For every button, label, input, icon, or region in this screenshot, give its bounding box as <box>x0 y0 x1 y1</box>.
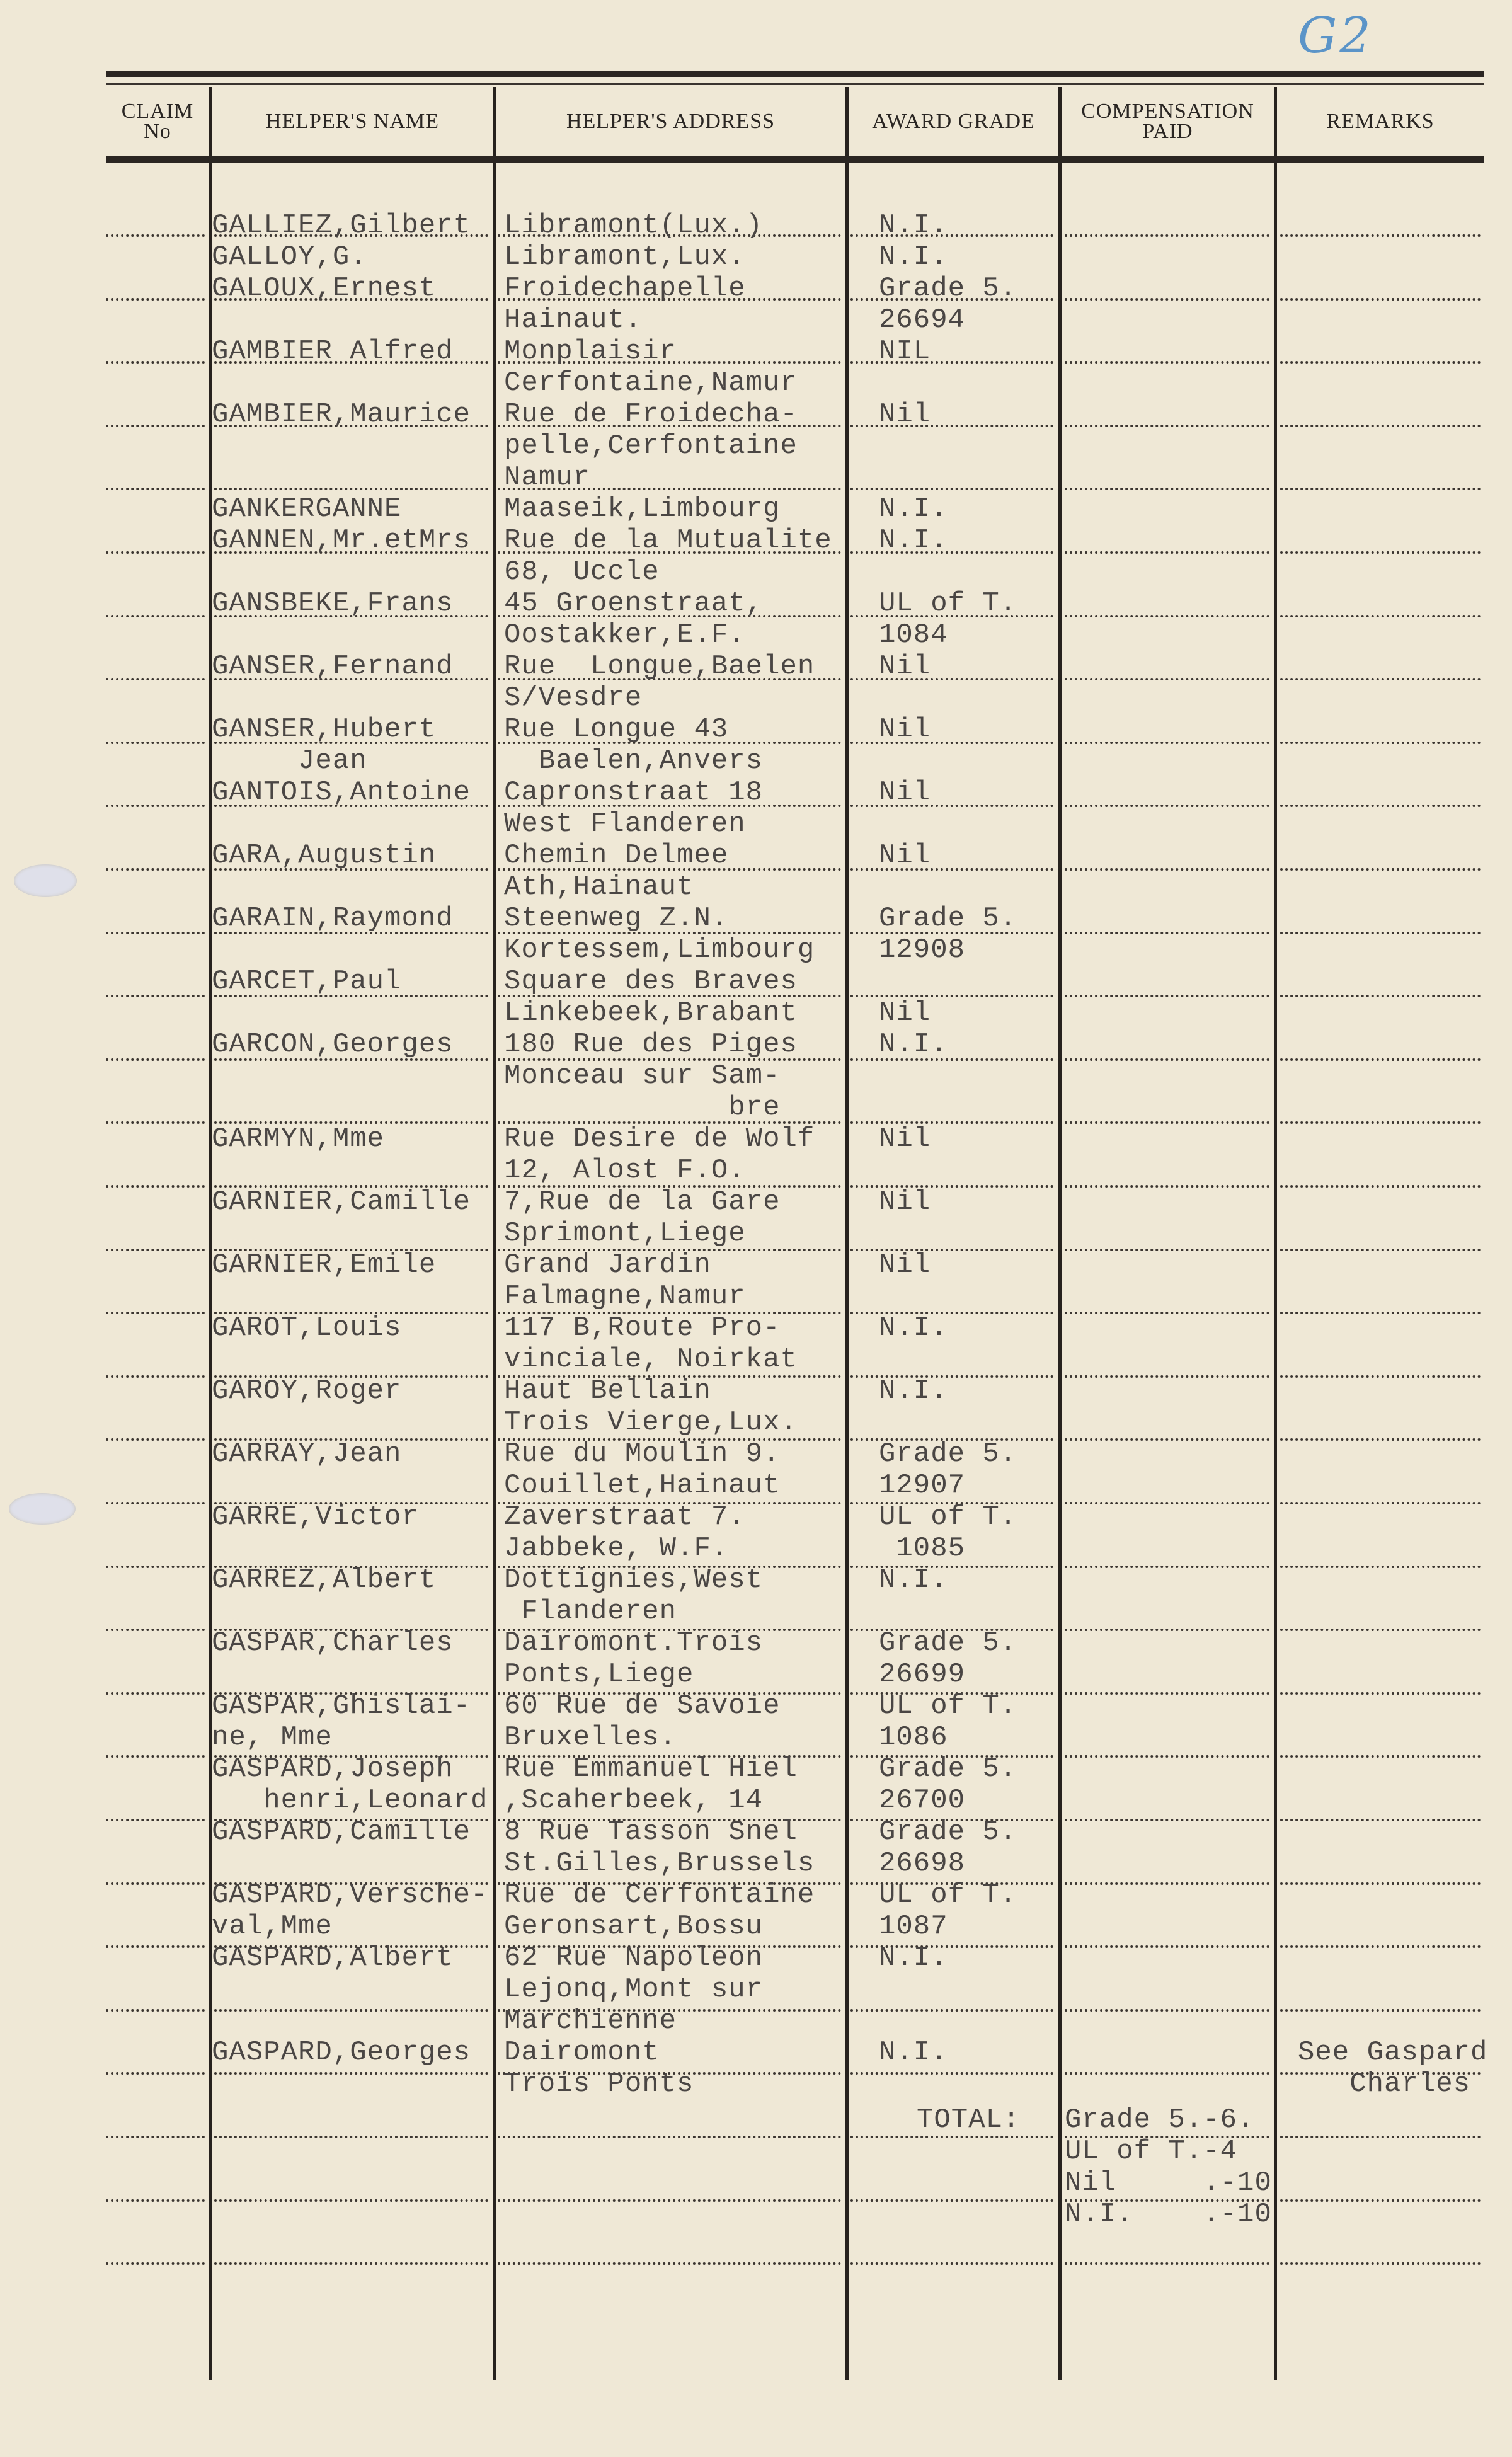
total-line: Nil .-10 <box>1065 2167 1272 2199</box>
top-border-thick <box>106 71 1484 77</box>
row-rule <box>498 2199 841 2202</box>
award-grade: Nil <box>879 1186 931 1218</box>
row-rule <box>106 361 205 364</box>
row-rule <box>1065 1945 1269 1948</box>
column-divider <box>493 87 496 156</box>
helper-address: Monplaisir Cerfontaine,Namur <box>504 336 798 399</box>
helper-address: Dairomont.Trois Ponts,Liege <box>504 1627 763 1690</box>
row-rule <box>1065 1629 1269 1631</box>
row-rule <box>1280 298 1480 301</box>
award-grade: N.I. <box>879 525 948 556</box>
row-rule <box>106 488 205 490</box>
row-rule <box>1280 995 1480 997</box>
award-grade: Nil <box>879 1249 931 1281</box>
column-divider <box>1058 87 1062 156</box>
row-rule <box>106 1755 205 1758</box>
award-grade: Grade 5. 26698 <box>879 1816 1017 1879</box>
row-rule <box>1280 1629 1480 1631</box>
row-rule <box>1280 1249 1480 1251</box>
award-grade: NIL <box>879 336 931 367</box>
row-rule <box>1065 488 1269 490</box>
award-grade: Grade 5. 26700 <box>879 1753 1017 1816</box>
helper-address: Rue Longue,Baelen S/Vesdre <box>504 651 815 714</box>
row-rule <box>106 1249 205 1251</box>
helper-name: GARNIER,Emile <box>212 1249 436 1281</box>
helper-name: GARMYN,Mme <box>212 1123 384 1155</box>
row-rule <box>106 1566 205 1568</box>
row-rule <box>1065 1882 1269 1885</box>
helper-name: GAROY,Roger <box>212 1375 401 1407</box>
row-rule <box>1065 1755 1269 1758</box>
helper-address: Rue de Cerfontaine Geronsart,Bossu <box>504 1879 815 1942</box>
award-grade: Nil <box>879 777 931 808</box>
row-rule <box>106 2262 205 2265</box>
row-rule <box>1065 1185 1269 1188</box>
row-rule <box>1280 615 1480 617</box>
row-rule <box>498 2136 841 2138</box>
row-rule <box>1065 1502 1269 1504</box>
helper-name: GASPARD,Joseph henri,Leonard <box>212 1753 488 1816</box>
row-rule <box>1280 678 1480 680</box>
header-award-grade: AWARD GRADE <box>849 88 1058 154</box>
row-rule <box>106 1058 205 1061</box>
row-rule <box>1280 1312 1480 1314</box>
helper-name: GASPARD,Georges <box>212 2037 471 2068</box>
row-rule <box>106 868 205 871</box>
row-rule <box>1065 1375 1269 1378</box>
helper-address: Rue Emmanuel Hiel ,Scaherbeek, 14 <box>504 1753 798 1816</box>
row-rule <box>1065 361 1269 364</box>
row-rule <box>850 488 1053 490</box>
helper-address: Rue Longue 43 Baelen,Anvers <box>504 714 763 777</box>
row-rule <box>1280 1375 1480 1378</box>
row-rule <box>1280 1945 1480 1948</box>
column-divider <box>845 163 849 2380</box>
row-rule <box>1280 742 1480 744</box>
row-rule <box>1065 551 1269 554</box>
row-rule <box>214 488 488 490</box>
helper-name: GASPARD,Versche- val,Mme <box>212 1879 488 1942</box>
helper-address: Steenweg Z.N. Kortessem,Limbourg <box>504 903 815 966</box>
row-rule <box>1280 2009 1480 2012</box>
row-rule <box>1065 1121 1269 1124</box>
header-bottom-rule <box>106 156 1484 163</box>
row-rule <box>106 2009 205 2012</box>
row-rule <box>1280 1692 1480 1695</box>
header-helpers-name: HELPER'S NAME <box>212 88 493 154</box>
punch-hole-bottom <box>9 1493 76 1525</box>
helper-address: Dottignies,West Flanderen <box>504 1564 763 1627</box>
helper-address: Haut Bellain Trois Vierge,Lux. <box>504 1375 798 1438</box>
row-rule <box>106 742 205 744</box>
row-rule <box>1280 234 1480 237</box>
helper-name: GAMBIER Alfred <box>212 336 454 367</box>
column-divider <box>493 163 496 2380</box>
header-compensation-paid: COMPENSATION PAID <box>1062 88 1274 154</box>
row-rule <box>850 2009 1053 2012</box>
helper-name: GANSER,Fernand <box>212 651 454 682</box>
row-rule <box>1280 932 1480 934</box>
row-rule <box>106 1945 205 1948</box>
row-rule <box>1065 742 1269 744</box>
row-rule <box>850 2136 1053 2138</box>
helper-name: GARCET,Paul <box>212 966 401 997</box>
award-grade: Nil <box>879 1123 931 1155</box>
row-rule <box>106 615 205 617</box>
row-rule <box>1280 425 1480 427</box>
helper-address: Rue du Moulin 9. Couillet,Hainaut <box>504 1438 780 1501</box>
row-rule <box>106 1819 205 1821</box>
helper-name: GARRAY,Jean <box>212 1438 401 1470</box>
helper-address: Square des Braves Linkebeek,Brabant <box>504 966 798 1029</box>
row-rule <box>1065 995 1269 997</box>
column-divider <box>209 87 212 156</box>
helper-address: 8 Rue Tasson Snel St.Gilles,Brussels <box>504 1816 815 1879</box>
helper-address: 7,Rue de la Gare Sprimont,Liege <box>504 1186 780 1249</box>
row-rule <box>106 1502 205 1504</box>
award-grade: Nil <box>879 840 931 871</box>
helper-name: GANNEN,Mr.etMrs <box>212 525 471 556</box>
row-rule <box>1280 1502 1480 1504</box>
row-rule <box>214 2262 488 2265</box>
row-rule <box>1280 1882 1480 1885</box>
helper-address: 180 Rue des Piges Monceau sur Sam- bre <box>504 1029 798 1123</box>
row-rule <box>1280 361 1480 364</box>
helper-address: Dairomont Trois Ponts <box>504 2037 694 2100</box>
row-rule <box>1065 1058 1269 1061</box>
column-divider <box>1274 163 1277 2380</box>
helper-name: GARCON,Georges <box>212 1029 454 1060</box>
award-grade: N.I. <box>879 210 948 241</box>
row-rule <box>214 2199 488 2202</box>
row-rule <box>106 1882 205 1885</box>
row-rule <box>106 1438 205 1441</box>
row-rule <box>106 1629 205 1631</box>
remarks-note: See Gaspard Charles <box>1298 2037 1487 2100</box>
row-rule <box>1280 551 1480 554</box>
helper-address: Rue de la Mutualite 68, Uccle <box>504 525 832 588</box>
helper-address: Capronstraat 18 West Flanderen <box>504 777 763 840</box>
helper-name: GARAIN,Raymond <box>212 903 454 934</box>
row-rule <box>1065 2072 1269 2075</box>
helper-address: Chemin Delmee Ath,Hainaut <box>504 840 728 903</box>
helper-name: GARRE,Victor <box>212 1501 419 1533</box>
row-rule <box>1065 805 1269 807</box>
helper-address: Maaseik,Limbourg <box>504 493 780 525</box>
award-grade: UL of T. 1087 <box>879 1879 1017 1942</box>
helper-address: 62 Rue Napoleon Lejonq,Mont sur Marchien… <box>504 1942 763 2037</box>
row-rule <box>850 2072 1053 2075</box>
row-rule <box>1280 2262 1480 2265</box>
helper-name: GAMBIER,Maurice <box>212 399 471 430</box>
row-rule <box>1065 615 1269 617</box>
header-remarks: REMARKS <box>1277 88 1484 154</box>
helper-name: GANSBEKE,Frans <box>212 588 454 619</box>
award-grade: Nil <box>879 651 931 682</box>
row-rule <box>1065 678 1269 680</box>
row-rule <box>1280 1185 1480 1188</box>
row-rule <box>1065 298 1269 301</box>
row-rule <box>1065 1819 1269 1821</box>
helper-name: GARREZ,Albert <box>212 1564 436 1596</box>
helper-name: GANKERGANNE <box>212 493 401 525</box>
row-rule <box>1280 1566 1480 1568</box>
award-grade: Nil <box>879 714 931 745</box>
row-rule <box>214 2136 488 2138</box>
row-rule <box>1065 932 1269 934</box>
helper-name: GALLOY,G. <box>212 241 367 273</box>
award-grade: Grade 5. 12907 <box>879 1438 1017 1501</box>
helper-address: 45 Groenstraat, Oostakker,E.F. <box>504 588 763 651</box>
total-line: Grade 5.-6. <box>1065 2104 1254 2136</box>
row-rule <box>1280 1058 1480 1061</box>
row-rule <box>106 995 205 997</box>
row-rule <box>106 805 205 807</box>
award-grade: N.I. <box>879 241 948 273</box>
row-rule <box>1065 1312 1269 1314</box>
row-rule <box>106 1121 205 1124</box>
top-border-thin <box>106 83 1484 85</box>
helper-address: Zaverstraat 7. Jabbeke, W.F. <box>504 1501 746 1564</box>
helper-name: GASPARD,Camille <box>212 1816 471 1848</box>
helper-address: Libramont,Lux. <box>504 241 746 273</box>
award-grade: N.I. <box>879 493 948 525</box>
row-rule <box>106 234 205 237</box>
award-grade: Grade 5. 26699 <box>879 1627 1017 1690</box>
row-rule <box>498 2262 841 2265</box>
award-grade: N.I. <box>879 1375 948 1407</box>
total-label: TOTAL: <box>917 2104 1020 2136</box>
row-rule <box>106 1375 205 1378</box>
helper-name: GAROT,Louis <box>212 1312 401 1344</box>
row-rule <box>1280 1755 1480 1758</box>
helper-name: GASPARD,Albert <box>212 1942 454 1974</box>
helper-address: Grand Jardin Falmagne,Namur <box>504 1249 746 1312</box>
row-rule <box>214 2009 488 2012</box>
helper-address: 60 Rue de Savoie Bruxelles. <box>504 1690 780 1753</box>
punch-hole-top <box>14 864 77 897</box>
row-rule <box>106 2136 205 2138</box>
row-rule <box>106 1185 205 1188</box>
column-divider <box>1274 87 1277 156</box>
row-rule <box>106 2199 205 2202</box>
row-rule <box>1065 425 1269 427</box>
award-grade: N.I. <box>879 2037 948 2068</box>
row-rule <box>1065 2262 1269 2265</box>
helper-name: GASPAR,Charles <box>212 1627 454 1659</box>
row-rule <box>850 2262 1053 2265</box>
helper-name: GARA,Augustin <box>212 840 436 871</box>
page-mark: G2 <box>1298 8 1373 64</box>
award-grade: UL of T. 1086 <box>879 1690 1017 1753</box>
header-helpers-address: HELPER'S ADDRESS <box>496 88 845 154</box>
row-rule <box>1280 1819 1480 1821</box>
row-rule <box>214 2072 488 2075</box>
row-rule <box>106 678 205 680</box>
award-grade: Grade 5. 26694 <box>879 273 1017 336</box>
helper-name: GANSER,Hubert Jean <box>212 714 436 777</box>
row-rule <box>1280 1438 1480 1441</box>
row-rule <box>1280 2136 1480 2138</box>
award-grade: Nil <box>879 399 931 430</box>
helper-name: GANTOIS,Antoine <box>212 777 471 808</box>
total-line: N.I. .-10 <box>1065 2199 1272 2230</box>
row-rule <box>106 1692 205 1695</box>
row-rule <box>1065 1692 1269 1695</box>
helper-address: Rue de Froidecha- pelle,Cerfontaine Namu… <box>504 399 798 493</box>
row-rule <box>1065 1249 1269 1251</box>
total-line: UL of T.-4 <box>1065 2136 1237 2167</box>
header-claim-no: CLAIM No <box>106 88 209 154</box>
row-rule <box>106 425 205 427</box>
row-rule <box>1065 868 1269 871</box>
helper-address: 117 B,Route Pro- vinciale, Noirkat <box>504 1312 798 1375</box>
helper-address: Froidechapelle Hainaut. <box>504 273 746 336</box>
helper-name: GALOUX,Ernest <box>212 273 436 304</box>
award-grade: Grade 5. 12908 <box>879 903 1017 966</box>
row-rule <box>1065 1566 1269 1568</box>
row-rule <box>106 551 205 554</box>
row-rule <box>1280 488 1480 490</box>
row-rule <box>1280 868 1480 871</box>
column-divider <box>845 87 849 156</box>
row-rule <box>1280 805 1480 807</box>
column-divider <box>1058 163 1062 2380</box>
row-rule <box>106 932 205 934</box>
row-rule <box>106 1312 205 1314</box>
award-grade: N.I. <box>879 1029 948 1060</box>
row-rule <box>1065 234 1269 237</box>
helper-address: Libramont(Lux.) <box>504 210 763 241</box>
award-grade: N.I. <box>879 1942 948 1974</box>
row-rule <box>1065 2009 1269 2012</box>
award-grade: UL of T. 1085 <box>879 1501 1017 1564</box>
row-rule <box>850 2199 1053 2202</box>
helper-address: Rue Desire de Wolf 12, Alost F.O. <box>504 1123 815 1186</box>
award-grade: UL of T. 1084 <box>879 588 1017 651</box>
helper-name: GASPAR,Ghislai- ne, Mme <box>212 1690 471 1753</box>
award-grade: Nil <box>879 966 931 1029</box>
row-rule <box>1065 1438 1269 1441</box>
row-rule <box>106 2072 205 2075</box>
helper-name: GARNIER,Camille <box>212 1186 471 1218</box>
helper-name: GALLIEZ,Gilbert <box>212 210 471 241</box>
row-rule <box>1280 1121 1480 1124</box>
row-rule <box>106 298 205 301</box>
award-grade: N.I. <box>879 1564 948 1596</box>
row-rule <box>1280 2199 1480 2202</box>
award-grade: N.I. <box>879 1312 948 1344</box>
